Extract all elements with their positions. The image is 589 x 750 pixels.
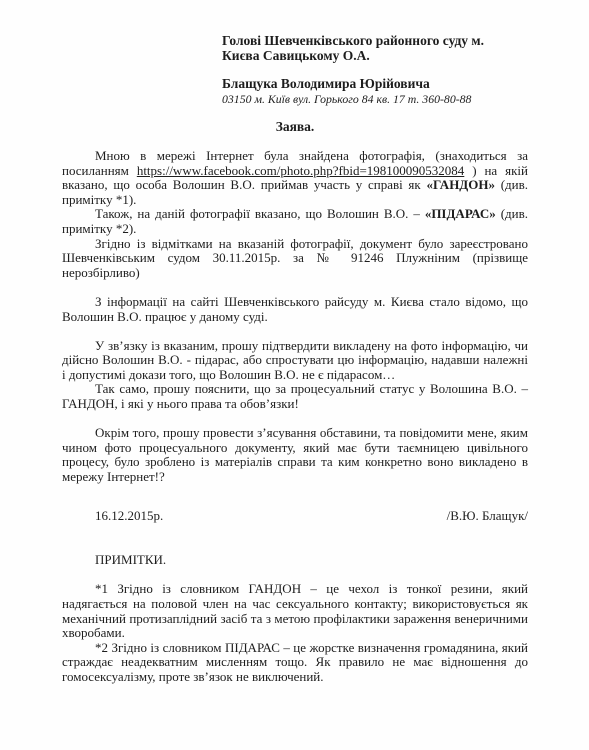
emphasized-word: «ГАНДОН» bbox=[426, 177, 495, 192]
paragraph: У зв’язку із вказаним, прошу підтвердити… bbox=[62, 339, 528, 383]
text-segment: *1 Згідно із словником ГАНДОН – це чехол… bbox=[62, 581, 528, 640]
text-segment: Окрім того, прошу провести з’ясування об… bbox=[62, 425, 528, 484]
paragraph: Також, на даній фотографії вказано, що В… bbox=[62, 207, 528, 236]
document-title: Заява. bbox=[62, 120, 528, 135]
paragraph: З інформації на сайті Шевченківського ра… bbox=[62, 295, 528, 324]
document-body: Мною в мережі Інтернет була знайдена фот… bbox=[62, 149, 528, 485]
emphasized-word: «ПІДАРАС» bbox=[425, 206, 496, 221]
signature: /В.Ю. Блащук/ bbox=[447, 509, 528, 524]
paragraph: Мною в мережі Інтернет була знайдена фот… bbox=[62, 149, 528, 207]
text-segment: *2 Згідно із словником ПІДАРАС – це жорс… bbox=[62, 640, 528, 684]
recipient-block: Голові Шевченківського районного суду м.… bbox=[222, 34, 589, 63]
document-date: 16.12.2015р. bbox=[62, 509, 163, 524]
notes-heading: ПРИМІТКИ. bbox=[62, 553, 528, 568]
paragraph: Згідно із відмітками на вказаній фотогра… bbox=[62, 237, 528, 281]
text-segment: Також, на даній фотографії вказано, що В… bbox=[95, 206, 425, 221]
paragraph: *2 Згідно із словником ПІДАРАС – це жорс… bbox=[62, 641, 528, 685]
paragraph: *1 Згідно із словником ГАНДОН – це чехол… bbox=[62, 582, 528, 640]
text-segment: З інформації на сайті Шевченківського ра… bbox=[62, 294, 528, 324]
applicant-address: 03150 м. Київ вул. Горького 84 кв. 17 т.… bbox=[222, 92, 589, 107]
recipient-line-1: Голові Шевченківського районного суду м. bbox=[222, 34, 589, 49]
scanned-application-page: Голові Шевченківського районного суду м.… bbox=[0, 0, 589, 750]
notes-section: *1 Згідно із словником ГАНДОН – це чехол… bbox=[62, 582, 528, 684]
recipient-line-2: Києва Савицькому О.А. bbox=[222, 49, 589, 64]
text-segment: У зв’язку із вказаним, прошу підтвердити… bbox=[62, 338, 528, 382]
applicant-name: Блащука Володимира Юрійовича bbox=[222, 77, 589, 92]
paragraph: Окрім того, прошу провести з’ясування об… bbox=[62, 426, 528, 484]
text-segment: Так само, прошу пояснити, що за процесуа… bbox=[62, 381, 528, 411]
date-signature-row: 16.12.2015р. /В.Ю. Блащук/ bbox=[62, 509, 528, 524]
paragraph: Так само, прошу пояснити, що за процесуа… bbox=[62, 382, 528, 411]
text-segment: Згідно із відмітками на вказаній фотогра… bbox=[62, 236, 528, 280]
facebook-link-text: https://www.facebook.com/photo.php?fbid=… bbox=[137, 163, 464, 178]
